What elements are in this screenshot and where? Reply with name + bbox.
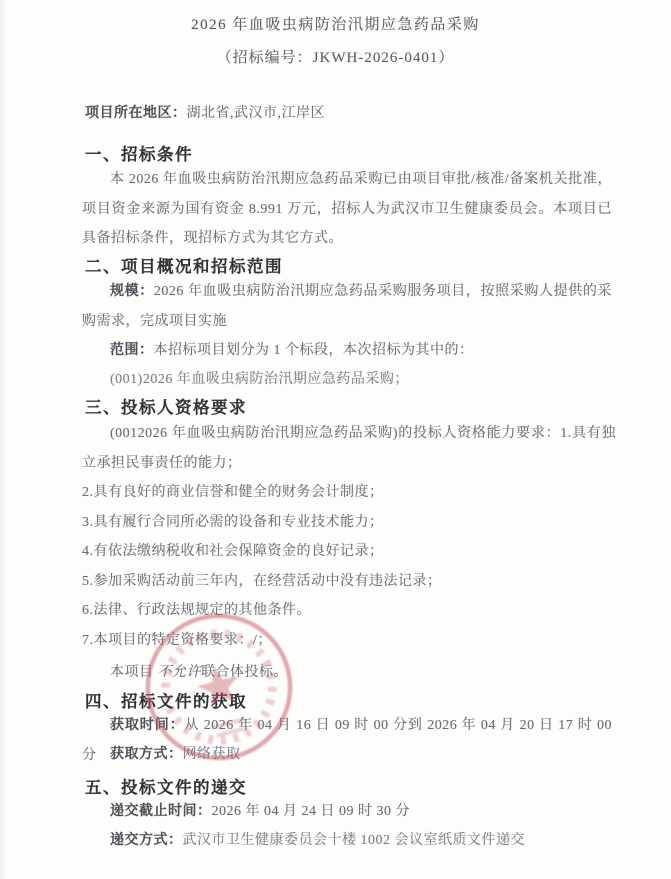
project-location-label: 项目所在地区： xyxy=(85,106,187,121)
section-3-heading: 三、投标人资格要求 xyxy=(85,394,247,418)
qualification-item-3: 3.具有履行合同所必需的设备和专业技术能力； xyxy=(82,508,616,538)
qualification-item-5: 5.参加采购活动前三年内，在经营活动中没有违法记录； xyxy=(82,567,616,597)
section-2-heading: 二、项目概况和招标范围 xyxy=(85,253,283,277)
project-location-line: 项目所在地区：湖北省,武汉市,江岸区 xyxy=(85,99,325,129)
submission-deadline-label: 递交截止时间： xyxy=(110,804,212,819)
joint-bid-prefix: 本项目 xyxy=(110,665,158,680)
submission-method-value: 武汉市卫生健康委员会十楼 1002 会议室纸质文件递交 xyxy=(183,833,526,848)
scope-text: 本招标项目划分为 1 个标段，本次招标为其中的： xyxy=(154,343,474,358)
section-4-heading: 四、招标文件的获取 xyxy=(85,688,247,712)
project-scale-paragraph: 规模：2026 年血吸虫病防治汛期应急药品采购服务项目，按照采购人提供的采购需求… xyxy=(82,277,612,336)
qualification-item-4: 4.有依法缴纳税收和社会保障资金的良好记录； xyxy=(82,537,616,567)
joint-bid-suffix: 联合体投标。 xyxy=(201,665,288,680)
scope-label: 范围： xyxy=(110,343,154,358)
qualification-item-2: 2.具有良好的商业信誉和健全的财务会计制度； xyxy=(82,478,616,508)
qualification-intro: (0012026 年血吸虫病防治汛期应急药品采购)的投标人资格能力要求：1.具有… xyxy=(82,419,616,478)
obtain-method-label: 获取方式： xyxy=(110,747,183,762)
scale-label: 规模： xyxy=(110,284,154,299)
project-location-value: 湖北省,武汉市,江岸区 xyxy=(187,106,326,121)
section-5-heading: 五、投标文件的递交 xyxy=(85,774,247,798)
obtain-method-line: 获取方式：网络获取 xyxy=(82,740,612,770)
qualification-item-7: 7.本项目的特定资格要求：/； xyxy=(82,626,616,656)
submission-deadline-line: 递交截止时间：2026 年 04 月 24 日 09 时 30 分 xyxy=(82,797,612,827)
qualification-item-6: 6.法律、行政法规规定的其他条件。 xyxy=(82,596,616,626)
submission-deadline-value: 2026 年 04 月 24 日 09 时 30 分 xyxy=(212,804,411,819)
section-1-heading: 一、招标条件 xyxy=(85,141,193,165)
obtain-method-value: 网络获取 xyxy=(183,747,241,762)
joint-bid-not-allowed: 不允许 xyxy=(158,665,202,680)
joint-bid-statement: 本项目 不允许联合体投标。 xyxy=(82,658,616,688)
obtain-time-label: 获取时间： xyxy=(110,718,185,733)
submission-method-line: 递交方式：武汉市卫生健康委员会十楼 1002 会议室纸质文件递交 xyxy=(82,826,612,856)
tender-number-subtitle: （招标编号：JKWH-2026-0401） xyxy=(0,46,671,67)
scale-text: 2026 年血吸虫病防治汛期应急药品采购服务项目，按照采购人提供的采购需求，完成… xyxy=(82,284,612,329)
scan-edge-artifact xyxy=(0,0,7,879)
document-title: 2026 年血吸虫病防治汛期应急药品采购 xyxy=(0,13,671,34)
lot-001-line: (001)2026 年血吸虫病防治汛期应急药品采购； xyxy=(82,365,612,395)
qualification-requirements-block: (0012026 年血吸虫病防治汛期应急药品采购)的投标人资格能力要求：1.具有… xyxy=(82,419,616,688)
scanned-tender-document-page: 2026 年血吸虫病防治汛期应急药品采购 （招标编号：JKWH-2026-040… xyxy=(0,0,671,879)
tender-scope-line: 范围：本招标项目划分为 1 个标段，本次招标为其中的： xyxy=(82,336,612,366)
section-1-paragraph: 本 2026 年血吸虫病防治汛期应急药品采购已由项目审批/核准/备案机关批准，项… xyxy=(82,165,612,254)
submission-method-label: 递交方式： xyxy=(110,833,183,848)
